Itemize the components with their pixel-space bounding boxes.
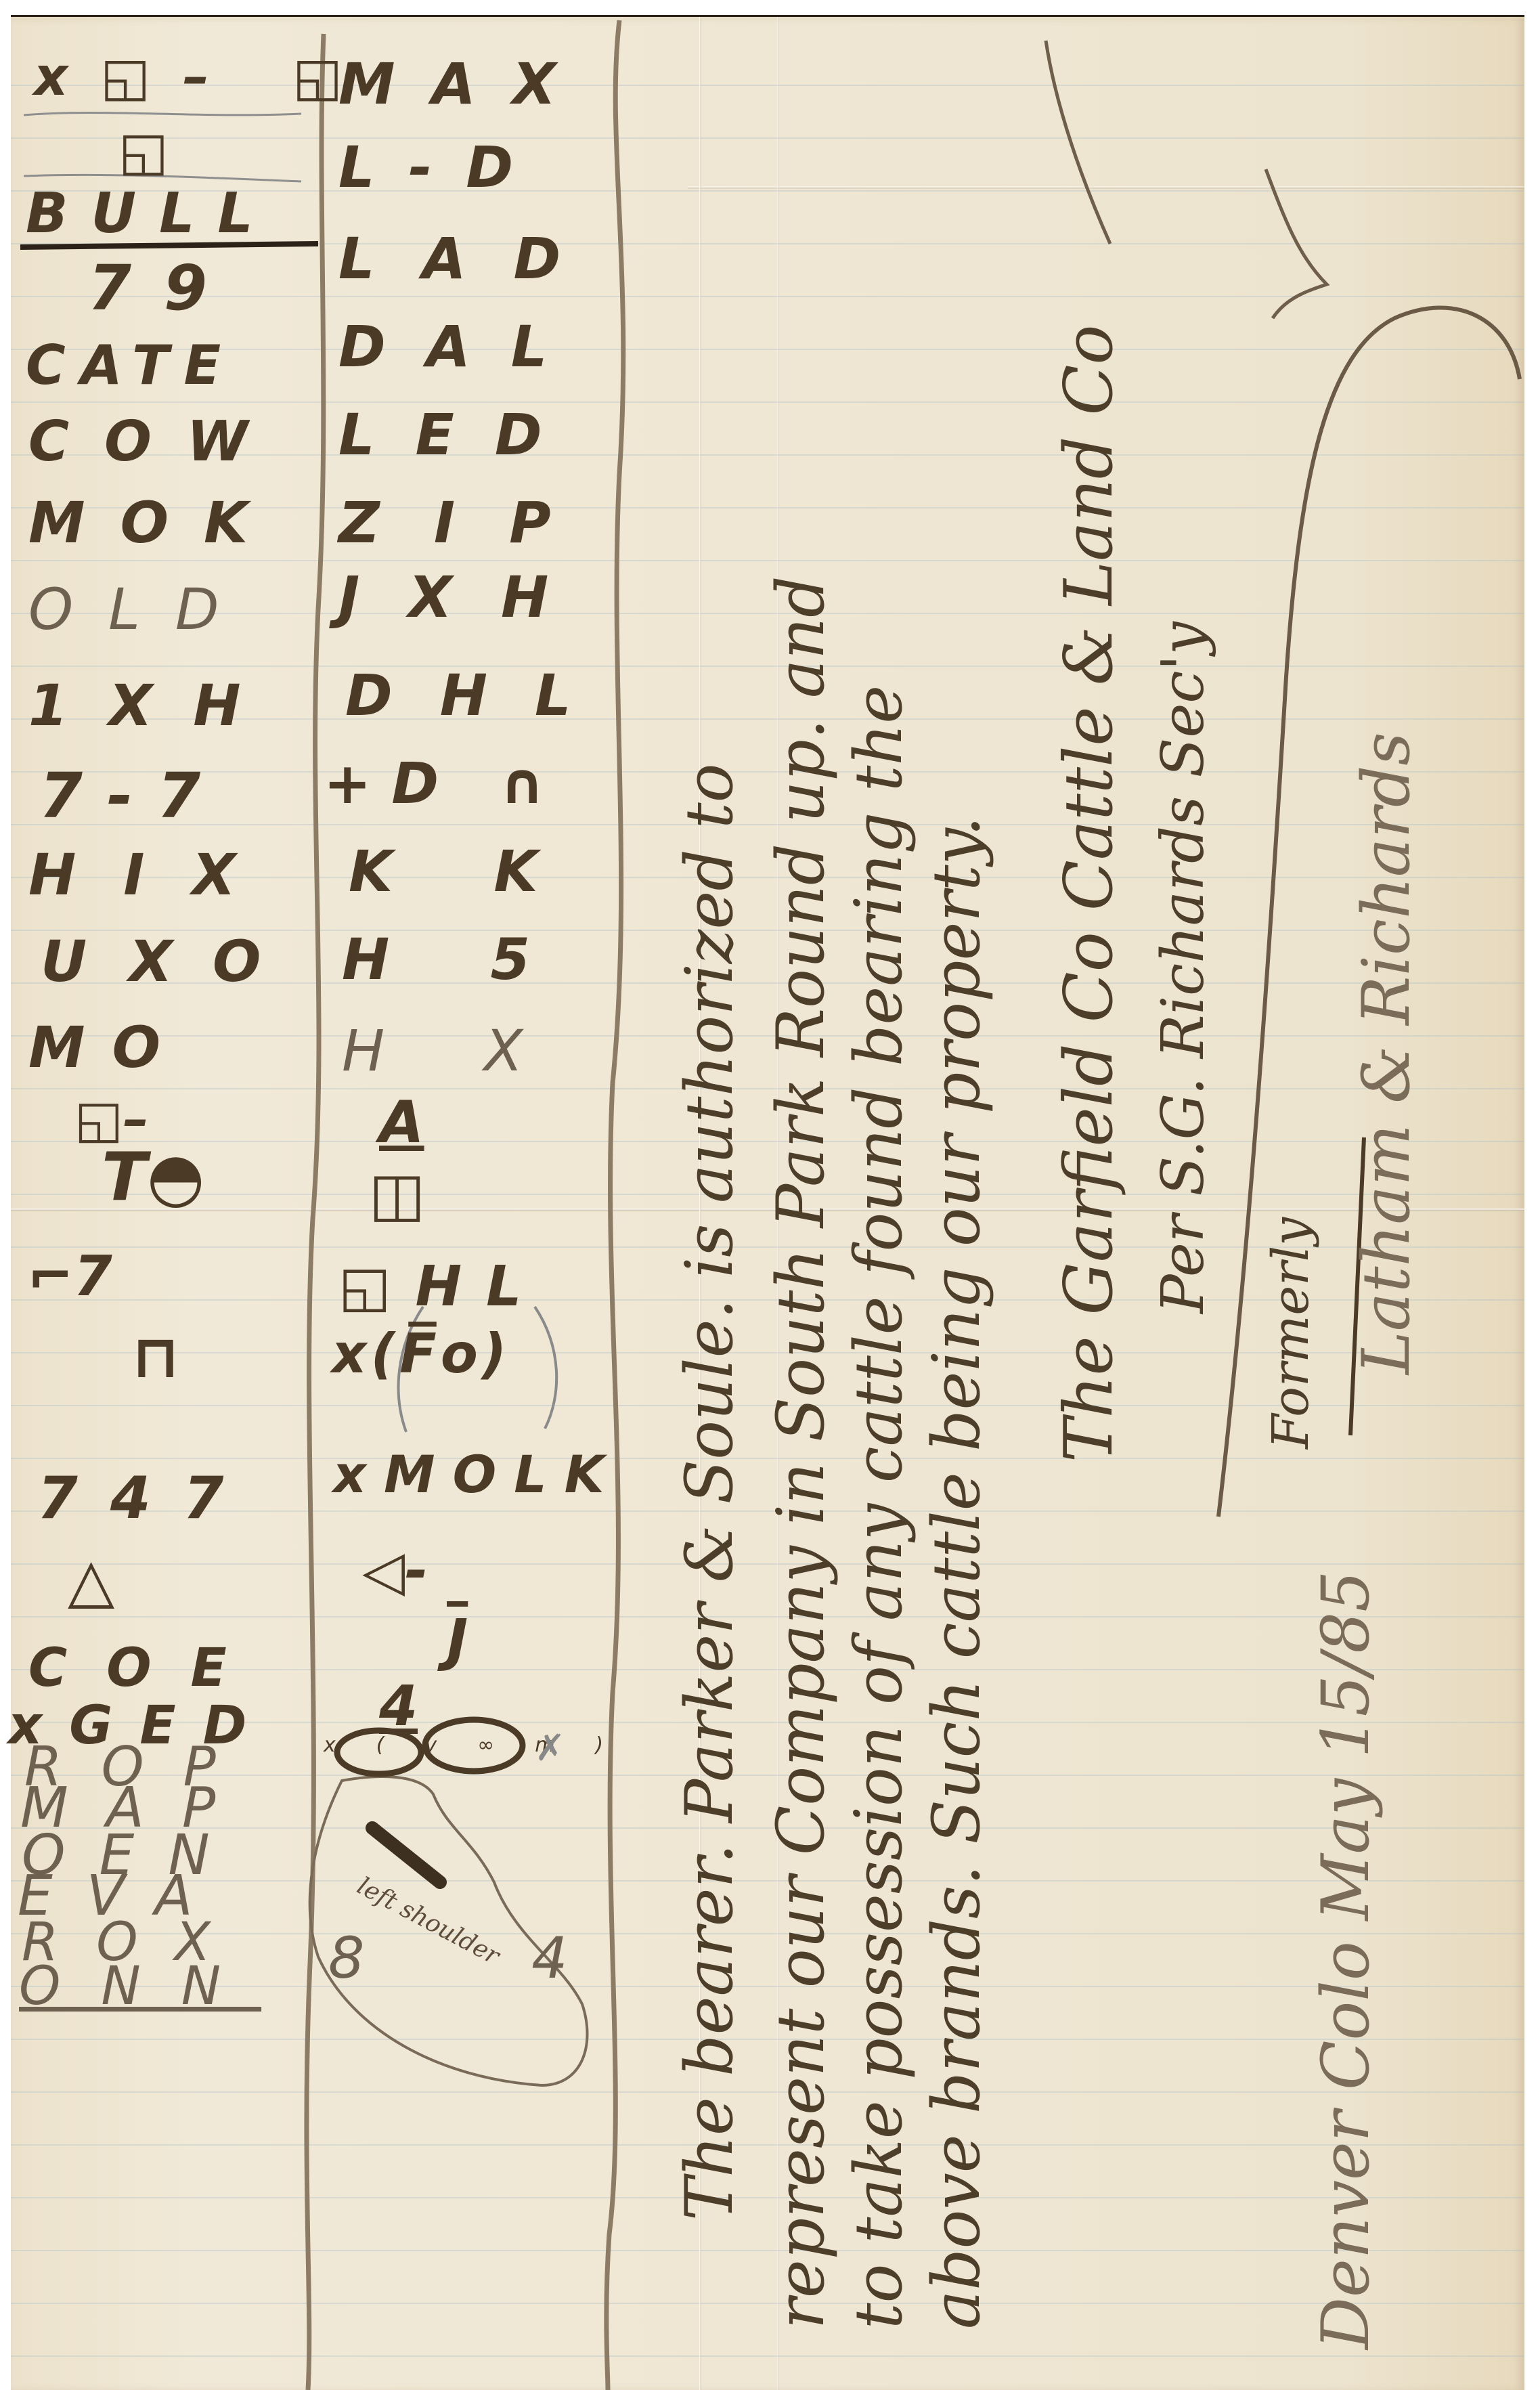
brand-bar-seven: ⌐7 xyxy=(27,1249,112,1305)
brand-old: OLD xyxy=(28,581,255,638)
brand-dhl: DHL xyxy=(345,667,619,724)
brand-mok: MOK xyxy=(28,494,283,551)
brand-l-d: L-D xyxy=(338,139,547,196)
brand-led: LED xyxy=(338,406,583,463)
left-column-divider xyxy=(307,34,324,2390)
brand-triangle-bar: ◁- xyxy=(362,1544,428,1599)
brand-bar-f-ring: x(F̅o) xyxy=(332,1327,510,1381)
pencil-underline xyxy=(24,112,301,115)
brand-cate: CATE xyxy=(26,339,236,393)
brand-triangle: △ xyxy=(68,1550,114,1611)
brand-uxo: UXO xyxy=(41,933,303,990)
brand-coe: COE xyxy=(28,1642,266,1695)
formerly-name: Latham & Richards xyxy=(1354,732,1419,1374)
brand-hix: HIX xyxy=(28,846,283,903)
brand-running-a: A xyxy=(379,1093,424,1152)
brand-lad: LAD xyxy=(338,230,608,287)
brand-d-rocking-r: +D ∩ xyxy=(324,755,566,812)
per-signature: Per S.G. Richards Sec'y xyxy=(1154,622,1212,1313)
slash-brand-mark xyxy=(372,1828,440,1882)
brand-k-k: K K xyxy=(349,843,578,900)
brand-cow: COW xyxy=(28,414,283,470)
brand-79: 79 xyxy=(88,257,240,320)
brand-double-box: ◫ xyxy=(369,1165,425,1224)
brand-onn: ONN xyxy=(19,1960,261,2013)
letter-line-4: above brands. Such cattle being our prop… xyxy=(924,816,989,2329)
brand-bar-4: 4 xyxy=(379,1679,418,1735)
brand-v-m-figure-eight: x(v∞m) xyxy=(324,1733,644,1757)
brand-mo: MO xyxy=(28,1019,188,1076)
pencil-check-icon: ✗ xyxy=(535,1726,565,1769)
brand-max: MAX xyxy=(338,56,592,112)
brand-box-bar: ◱– xyxy=(74,1093,149,1145)
brand-7-7: 7-7 xyxy=(39,765,225,827)
brand-box: ◱ xyxy=(118,125,201,178)
brand-box-bar-box: x◱– ◱ xyxy=(34,51,375,104)
letter-line-2: represent our Company in South Park Roun… xyxy=(768,576,833,2329)
brand-bull: BULL xyxy=(26,186,276,242)
brand-8-4: 8 4 xyxy=(328,1930,642,1986)
letter-line-3: to take possession of any cattle found b… xyxy=(846,685,911,2329)
brand-molk: xMOLK xyxy=(333,1449,622,1500)
brand-h-5: H 5 xyxy=(342,931,571,988)
brand-bar-j: J xyxy=(447,1611,468,1668)
formerly-label: Formerly xyxy=(1266,1217,1316,1449)
brand-box-hl: ◱HL xyxy=(338,1259,546,1315)
right-column-divider xyxy=(607,20,623,2390)
brand-rafter: ⊓ xyxy=(132,1327,179,1387)
company-name: The Garfield Co Cattle & Land Co xyxy=(1056,325,1122,1462)
brand-dal: DAL xyxy=(338,318,588,375)
brand-1xh: 1XH xyxy=(28,677,282,734)
brand-jxh: JXH xyxy=(338,569,597,626)
dateline: Denver Colo May 15/85 xyxy=(1313,1571,1378,2349)
brand-747: 747 xyxy=(37,1469,257,1527)
brand-h-x: H X xyxy=(342,1022,563,1079)
brand-t-half-circle: T◓ xyxy=(102,1144,204,1211)
letter-line-1: The bearer. Parker & Soule. is authorize… xyxy=(677,763,742,2221)
brand-zip: ZIP xyxy=(338,494,605,551)
